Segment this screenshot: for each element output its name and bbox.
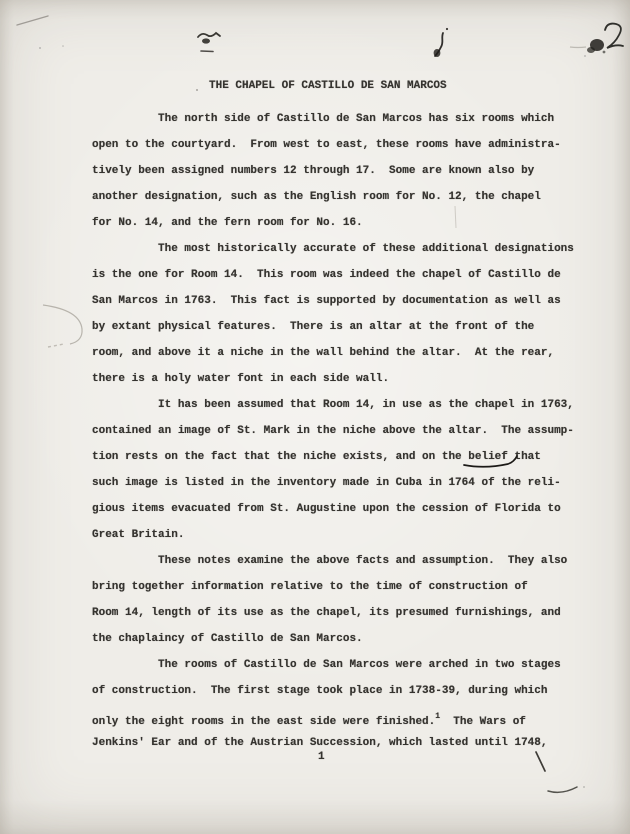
- text-line: of construction. The first stage took pl…: [92, 678, 592, 704]
- text-line: open to the courtyard. From west to east…: [92, 132, 592, 158]
- text-segment: only the eight rooms in the east side we…: [92, 716, 435, 728]
- pencil-stroke-mark: [17, 16, 48, 25]
- text-line: These notes examine the above facts and …: [92, 548, 592, 574]
- underlined-word: belief: [468, 451, 508, 463]
- speck-mark: [39, 47, 41, 49]
- text-line: another designation, such as the English…: [92, 184, 592, 210]
- speck-mark: [62, 45, 64, 47]
- text-line: Jenkins' Ear and of the Austrian Success…: [92, 730, 592, 756]
- text-line: San Marcos in 1763. This fact is support…: [92, 288, 592, 314]
- text-segment: The Wars of: [440, 716, 526, 728]
- scanned-typescript-page: THE CHAPEL OF CASTILLO DE SAN MARCOS The…: [0, 0, 630, 834]
- pencil-arc-mark: [43, 305, 82, 347]
- ink-flick-mark: [434, 28, 449, 57]
- text-line: contained an image of St. Mark in the ni…: [92, 418, 592, 444]
- text-line: Room 14, length of its use as the chapel…: [92, 600, 592, 626]
- text-line: there is a holy water font in each side …: [92, 366, 592, 392]
- text-line: by extant physical features. There is an…: [92, 314, 592, 340]
- text-segment: tion rests on the fact that the niche ex…: [92, 451, 468, 463]
- text-line: room, and above it a niche in the wall b…: [92, 340, 592, 366]
- text-line: such image is listed in the inventory ma…: [92, 470, 592, 496]
- text-segment: that: [508, 451, 541, 463]
- text-line: is the one for Room 14. This room was in…: [92, 262, 592, 288]
- text-line: The north side of Castillo de San Marcos…: [92, 106, 592, 132]
- text-line-with-underlined-word: tion rests on the fact that the niche ex…: [92, 444, 592, 470]
- text-line: gious items evacuated from St. Augustine…: [92, 496, 592, 522]
- ink-blot-mark: [570, 39, 605, 57]
- body-text: The north side of Castillo de San Marcos…: [92, 106, 592, 756]
- text-line: tively been assigned numbers 12 through …: [92, 158, 592, 184]
- text-line: The most historically accurate of these …: [92, 236, 592, 262]
- page-number: 1: [318, 751, 325, 763]
- speck-mark: [196, 89, 198, 91]
- bottom-right-pen-marks: [536, 752, 585, 792]
- handwritten-number-2: [605, 24, 623, 48]
- text-line: It has been assumed that Room 14, in use…: [92, 392, 592, 418]
- text-line: bring together information relative to t…: [92, 574, 592, 600]
- ink-scribble-mark: [198, 33, 220, 52]
- page-title: THE CHAPEL OF CASTILLO DE SAN MARCOS: [209, 80, 447, 92]
- text-line: Great Britain.: [92, 522, 592, 548]
- text-line: for No. 14, and the fern room for No. 16…: [92, 210, 592, 236]
- text-line: the chaplaincy of Castillo de San Marcos…: [92, 626, 592, 652]
- text-line-with-footnote: only the eight rooms in the east side we…: [92, 704, 592, 730]
- text-line: The rooms of Castillo de San Marcos were…: [92, 652, 592, 678]
